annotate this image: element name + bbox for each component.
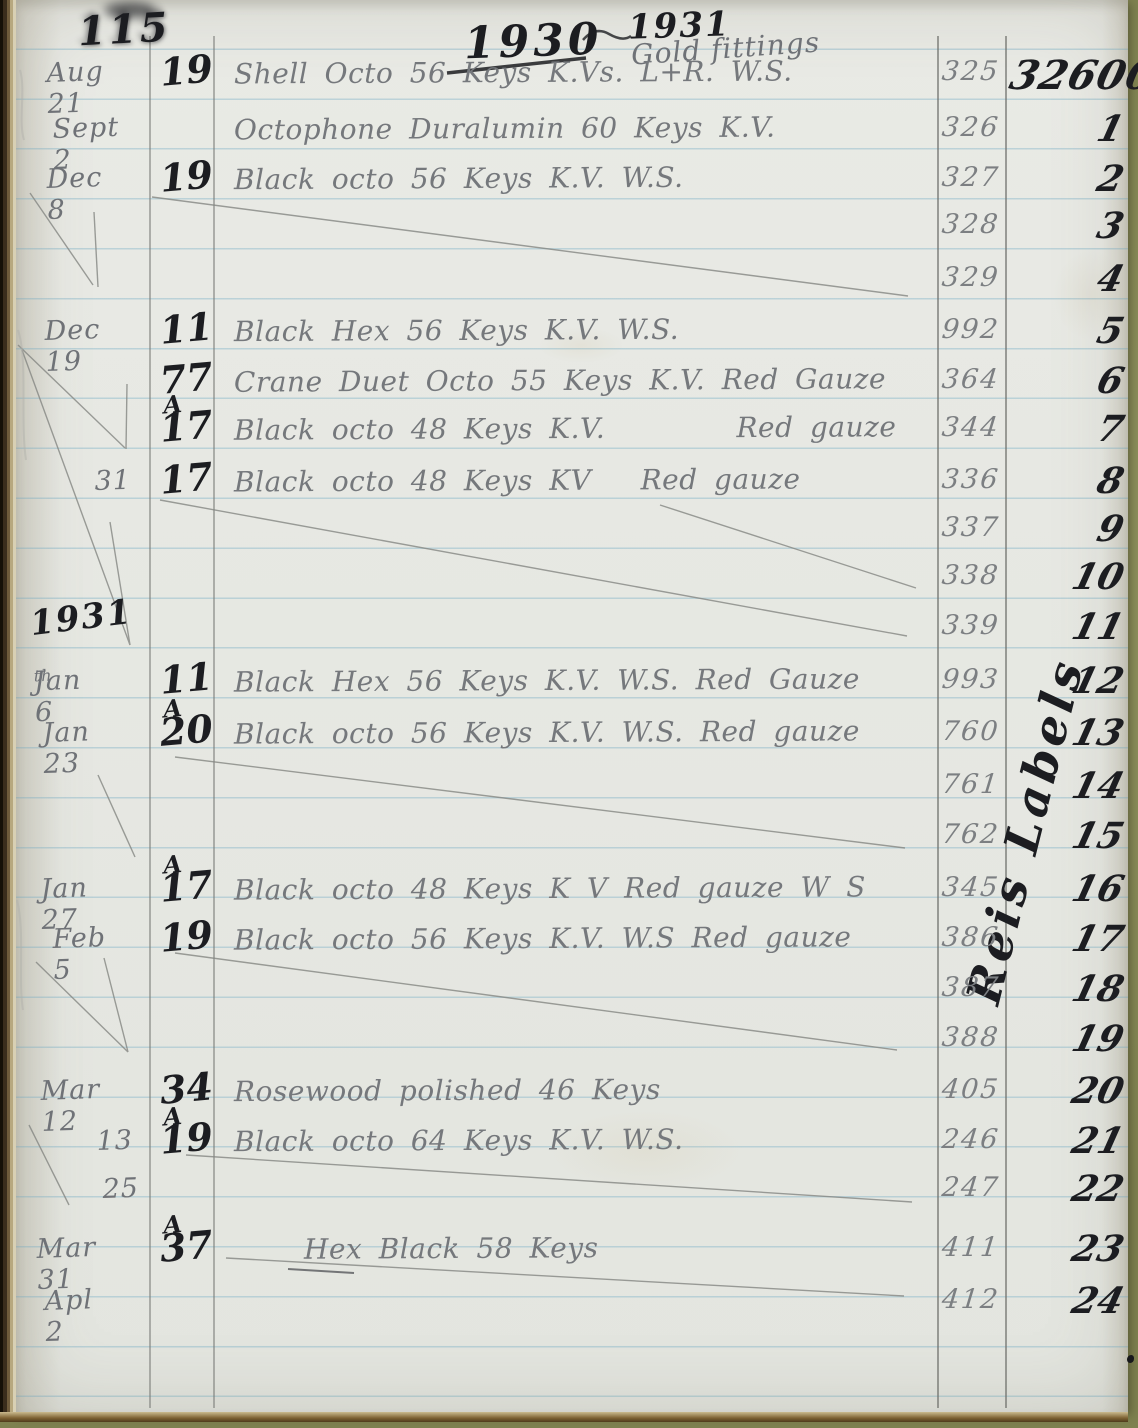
batch-number: 326: [940, 112, 1001, 143]
batch-number: 993: [940, 664, 1001, 695]
batch-number: 344: [940, 412, 1001, 443]
serial-number: 21: [1006, 1120, 1128, 1162]
ledger-row: Mar 1234Rosewood polished 46 Keys40520: [16, 1070, 1138, 1116]
serial-number: 9: [1006, 508, 1128, 550]
instrument-description: Black octo 48 Keys K.V. Red gauze: [234, 410, 897, 446]
serial-number: 16: [1006, 868, 1128, 910]
serial-number: 7: [1006, 408, 1128, 450]
serial-number: 8: [1006, 460, 1128, 502]
model-aeola-superscript: A: [162, 693, 183, 724]
batch-number: 761: [940, 769, 1001, 800]
instrument-description: Shell Octo 56 Keys K.Vs. L+R. W.S.: [234, 55, 793, 91]
batch-number: 386: [940, 922, 1001, 953]
instrument-description: Black octo 56 Keys K.V. W.S. Red gauze: [234, 714, 860, 750]
instrument-description: Black Hex 56 Keys K.V. W.S. Red Gauze: [234, 662, 860, 698]
serial-number: 32600: [1005, 52, 1129, 99]
batch-number: 329: [940, 262, 1001, 293]
book-binding-edge: [0, 0, 16, 1421]
ledger-row: 17ABlack octo 48 Keys K.V. Red gauze3447: [16, 408, 1138, 454]
serial-number: 23: [1006, 1228, 1128, 1270]
batch-number: 327: [940, 162, 1001, 193]
ledger-row: Sept 2Octophone Duralumin 60 Keys K.V.32…: [16, 108, 1138, 154]
ledger-row: 33911: [16, 606, 1138, 652]
instrument-description: Black octo 48 Keys KV Red gauze: [234, 463, 801, 499]
instrument-description: Black octo 56 Keys K.V. W.S Red gauze: [234, 920, 852, 956]
ledger-row: 76215: [16, 815, 1138, 861]
entry-date-text: 25: [102, 1173, 139, 1205]
entry-date-text: 31: [94, 465, 131, 497]
batch-number: 338: [940, 560, 1001, 591]
ledger-row: Apl 241224: [16, 1280, 1138, 1326]
model-number-text: 19: [158, 151, 215, 200]
instrument-description: Rosewood polished 46 Keys: [234, 1073, 661, 1108]
ledger-row: Aug 2119Shell Octo 56 Keys K.Vs. L+R. W.…: [16, 52, 1138, 98]
ledger-row: 77Crane Duet Octo 55 Keys K.V. Red Gauze…: [16, 360, 1138, 406]
instrument-description: Hex Black 58 Keys: [304, 1231, 599, 1266]
batch-number: 345: [940, 872, 1001, 903]
instrument-description: Crane Duet Octo 55 Keys K.V. Red Gauze: [234, 362, 886, 398]
ink-fleck: [1127, 1355, 1134, 1363]
page-number: 115: [77, 4, 172, 56]
batch-number: 388: [940, 1022, 1001, 1053]
ledger-row: 38718: [16, 968, 1138, 1014]
serial-number: 18: [1006, 968, 1128, 1010]
ledger-row: 33810: [16, 556, 1138, 602]
serial-number: 22: [1006, 1168, 1128, 1210]
serial-number: 14: [1006, 765, 1128, 807]
ledger-row: Mar 3137AHex Black 58 Keys41123: [16, 1228, 1138, 1274]
serial-number: 17: [1006, 918, 1128, 960]
entry-date-text: Apl 2: [44, 1284, 95, 1348]
model-number-text: 17: [158, 453, 215, 502]
ledger-row: Dec 1911Black Hex 56 Keys K.V. W.S.9925: [16, 310, 1138, 356]
model-number-text: 19: [158, 45, 215, 94]
serial-number: 19: [1006, 1018, 1128, 1060]
batch-number: 328: [940, 209, 1001, 240]
ledger-row: 2524722: [16, 1168, 1138, 1214]
serial-number: 4: [1006, 258, 1128, 300]
serial-number: 3: [1006, 205, 1128, 247]
serial-number: 11: [1006, 606, 1128, 648]
ledger-row: 3294: [16, 258, 1138, 304]
serial-number: 24: [1006, 1280, 1128, 1322]
batch-number: 246: [940, 1124, 1001, 1155]
model-aeola-superscript: A: [162, 849, 183, 880]
serial-number: 12: [1006, 660, 1128, 702]
instrument-description: Black octo 56 Keys K.V. W.S.: [234, 161, 684, 196]
model-number-text: 19: [158, 911, 215, 960]
ledger-row: 76114: [16, 765, 1138, 811]
serial-number: 1: [1006, 108, 1128, 150]
batch-number: 336: [940, 464, 1001, 495]
batch-number: 411: [940, 1232, 1001, 1263]
instrument-description: Black octo 64 Keys K.V. W.S.: [234, 1123, 684, 1158]
instrument-description: Black octo 48 Keys K V Red gauze W S: [234, 870, 866, 906]
instrument-description: Octophone Duralumin 60 Keys K.V.: [234, 111, 776, 147]
model-aeola-superscript: A: [162, 1101, 183, 1132]
page-bottom-edge: [0, 1412, 1128, 1422]
serial-number: 20: [1006, 1070, 1128, 1112]
ledger-row: Jan 2320ABlack octo 56 Keys K.V. W.S. Re…: [16, 712, 1138, 758]
ledger-row: Jan 6th11Black Hex 56 Keys K.V. W.S. Red…: [16, 660, 1138, 706]
serial-number: 10: [1006, 556, 1128, 598]
instrument-description: Black Hex 56 Keys K.V. W.S.: [234, 313, 679, 348]
serial-number: 15: [1006, 815, 1128, 857]
ledger-row: 38819: [16, 1018, 1138, 1064]
batch-number: 762: [940, 819, 1001, 850]
ledger-row: 3117Black octo 48 Keys KV Red gauze3368: [16, 460, 1138, 506]
ledger-row: 3283: [16, 205, 1138, 251]
batch-number: 992: [940, 314, 1001, 345]
batch-number: 387: [940, 972, 1001, 1003]
entry-date: Jan 6th: [33, 666, 53, 699]
serial-number: 2: [1006, 158, 1128, 200]
batch-number: 325: [940, 56, 1001, 87]
serial-number: 13: [1006, 712, 1128, 754]
model-aeola-superscript: A: [162, 389, 183, 420]
ledger-row: 1319ABlack octo 64 Keys K.V. W.S.24621: [16, 1120, 1138, 1166]
batch-number: 405: [940, 1074, 1001, 1105]
serial-number: 6: [1006, 360, 1128, 402]
batch-number: 247: [940, 1172, 1001, 1203]
ledger-row: 3379: [16, 508, 1138, 554]
ledger-row: Feb 519Black octo 56 Keys K.V. W.S Red g…: [16, 918, 1138, 964]
scanned-ledger-page: { "document": { "type": "handwritten sal…: [0, 0, 1138, 1428]
model-number-text: 11: [158, 303, 215, 352]
ledger-row: Dec 819Black octo 56 Keys K.V. W.S.3272: [16, 158, 1138, 204]
serial-number: 5: [1006, 310, 1128, 352]
ledger-row: Jan 2717ABlack octo 48 Keys K V Red gauz…: [16, 868, 1138, 914]
batch-number: 760: [940, 716, 1001, 747]
batch-number: 412: [940, 1284, 1001, 1315]
ledger-paper: 115 1930 1931 Gold fittings 1931 Reis La…: [16, 0, 1128, 1412]
batch-number: 364: [940, 364, 1001, 395]
entry-date-text: 13: [96, 1125, 133, 1157]
batch-number: 339: [940, 610, 1001, 641]
batch-number: 337: [940, 512, 1001, 543]
model-aeola-superscript: A: [162, 1209, 183, 1240]
